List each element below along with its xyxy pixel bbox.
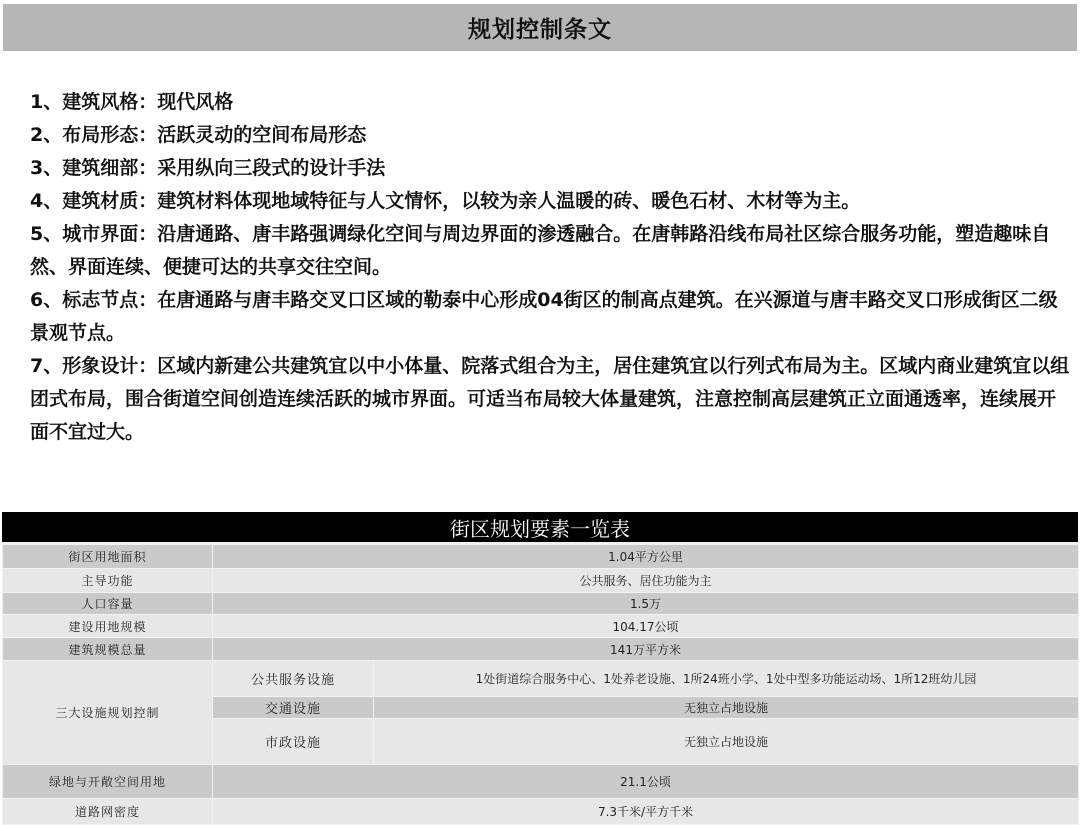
row-label: 建筑规模总量 xyxy=(3,638,213,661)
planning-elements-table: 街区规划要素一览表 街区用地面积 1.04平方公里 主导功能 公共服务、居住功能… xyxy=(2,512,1078,825)
row-label: 建设用地规模 xyxy=(3,615,213,638)
table-row: 建筑规模总量 141万平方米 xyxy=(3,638,1079,661)
row-label: 街区用地面积 xyxy=(3,545,213,569)
clause-list: 1、建筑风格：现代风格 2、布局形态：活跃灵动的空间布局形态 3、建筑细部：采用… xyxy=(30,86,1070,449)
clause-5: 5、城市界面：沿唐通路、唐丰路强调绿化空间与周边界面的渗透融合。在唐韩路沿线布局… xyxy=(30,218,1070,284)
clause-6: 6、标志节点：在唐通路与唐丰路交叉口区域的勒泰中心形成04街区的制高点建筑。在兴… xyxy=(30,284,1070,350)
table-row: 主导功能 公共服务、居住功能为主 xyxy=(3,569,1079,593)
row-label: 道路网密度 xyxy=(3,799,213,825)
page-title: 规划控制条文 xyxy=(468,11,612,44)
row-value: 141万平方米 xyxy=(213,638,1079,661)
table-row: 建设用地规模 104.17公顷 xyxy=(3,615,1079,638)
row-value: 1.04平方公里 xyxy=(213,545,1079,569)
row-label: 主导功能 xyxy=(3,569,213,593)
row-value: 公共服务、居住功能为主 xyxy=(213,569,1079,593)
row-label: 人口容量 xyxy=(3,593,213,615)
row-value: 7.3千米/平方千米 xyxy=(213,799,1079,825)
clause-4: 4、建筑材质：建筑材料体现地域特征与人文情怀，以较为亲人温暖的砖、暖色石材、木材… xyxy=(30,185,1070,218)
row-value: 1.5万 xyxy=(213,593,1079,615)
row-label: 绿地与开敞空间用地 xyxy=(3,765,213,799)
row-value: 21.1公顷 xyxy=(213,765,1079,799)
clause-2: 2、布局形态：活跃灵动的空间布局形态 xyxy=(30,119,1070,152)
title-bar: 规划控制条文 xyxy=(3,4,1077,51)
row-value: 104.17公顷 xyxy=(213,615,1079,638)
table-row: 绿地与开敞空间用地 21.1公顷 xyxy=(3,765,1079,799)
sub-row-label: 公共服务设施 xyxy=(213,661,374,697)
sub-row-label: 交通设施 xyxy=(213,697,374,719)
table-row: 人口容量 1.5万 xyxy=(3,593,1079,615)
sub-row-value: 无独立占地设施 xyxy=(374,697,1079,719)
sub-row-label: 市政设施 xyxy=(213,719,374,765)
table-row: 三大设施规划控制 公共服务设施 1处街道综合服务中心、1处养老设施、1所24班小… xyxy=(3,661,1079,697)
table-row: 街区用地面积 1.04平方公里 xyxy=(3,545,1079,569)
sub-row-value: 1处街道综合服务中心、1处养老设施、1所24班小学、1处中型多功能运动场、1所1… xyxy=(374,661,1079,697)
sub-row-value: 无独立占地设施 xyxy=(374,719,1079,765)
facilities-label: 三大设施规划控制 xyxy=(3,661,213,765)
table-title: 街区规划要素一览表 xyxy=(2,512,1078,544)
clause-1: 1、建筑风格：现代风格 xyxy=(30,86,1070,119)
table-row: 道路网密度 7.3千米/平方千米 xyxy=(3,799,1079,825)
clause-7: 7、形象设计：区域内新建公共建筑宜以中小体量、院落式组合为主，居住建筑宜以行列式… xyxy=(30,350,1070,449)
clause-3: 3、建筑细部：采用纵向三段式的设计手法 xyxy=(30,152,1070,185)
